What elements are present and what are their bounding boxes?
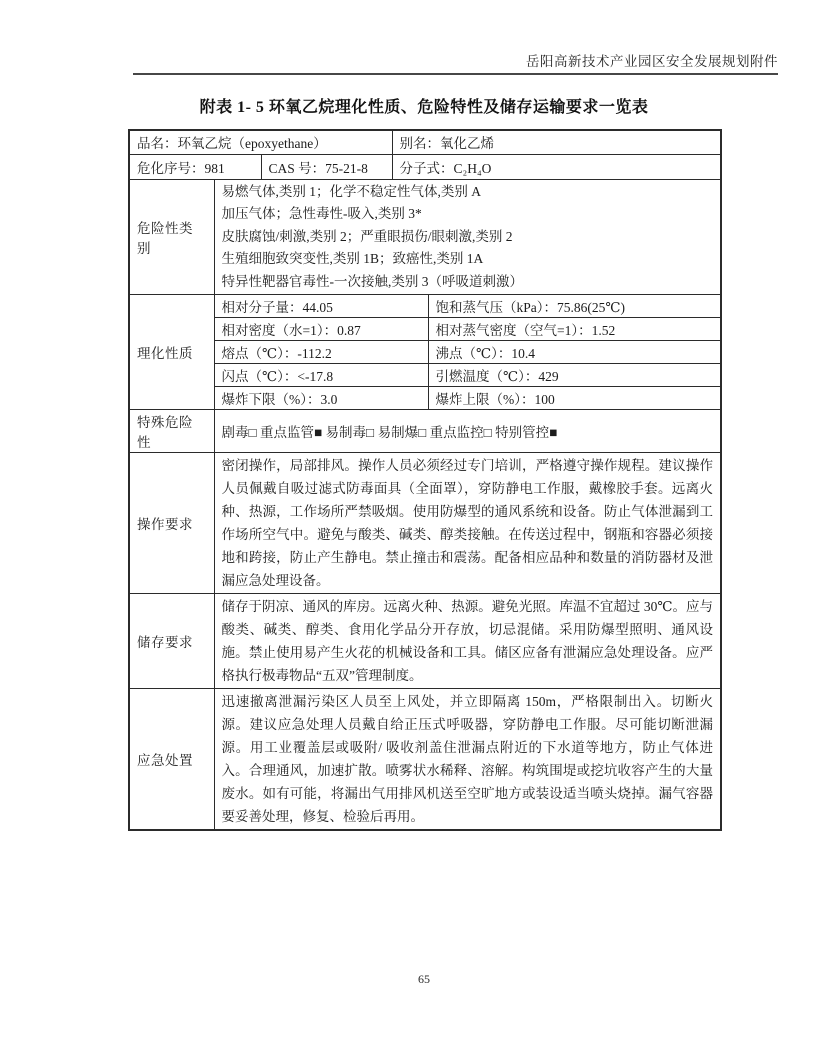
table-row-operation: 操作要求 密闭操作，局部排风。操作人员必须经过专门培训，严格遵守操作规程。建议操… — [129, 453, 721, 594]
explosion-upper-limit-cell: 爆炸上限（%）：100 — [428, 387, 721, 410]
alias-cell: 别名：氧化乙烯 — [392, 130, 721, 154]
molecular-weight-cell: 相对分子量：44.05 — [214, 295, 428, 318]
document-page: { "page": { "header_text": "岳阳高新技术产业园区安全… — [0, 0, 815, 1055]
table-row-special-hazard: 特殊危险性 剧毒□ 重点监管■ 易制毒□ 易制爆□ 重点监控□ 特别管控■ — [129, 410, 721, 453]
table-row-identity-1: 品名：环氧乙烷（epoxyethane） 别名：氧化乙烯 — [129, 130, 721, 154]
table-row-physchem: 闪点（℃）：<-17.8 引燃温度（℃）：429 — [129, 364, 721, 387]
emergency-content: 迅速撤离泄漏污染区人员至上风处，并立即隔离 150m，严格限制出入。切断火源。建… — [214, 689, 721, 831]
vapor-pressure-cell: 饱和蒸气压（kPa）：75.86(25℃) — [428, 295, 721, 318]
explosion-lower-limit-cell: 爆炸下限（%）：3.0 — [214, 387, 428, 410]
physchem-label: 理化性质 — [129, 295, 214, 410]
header-text: 岳阳高新技术产业园区安全发展规划附件 — [526, 54, 778, 69]
page-header: 岳阳高新技术产业园区安全发展规划附件 — [133, 50, 778, 75]
document-title: 附表 1- 5 环氧乙烷理化性质、危险特性及储存运输要求一览表 — [128, 94, 720, 117]
table-row-identity-2: 危化序号：981 CAS 号：75-21-8 分子式：C₂H₄O — [129, 154, 721, 179]
chemical-properties-table: 品名：环氧乙烷（epoxyethane） 别名：氧化乙烯 危化序号：981 CA… — [128, 129, 722, 831]
melting-point-cell: 熔点（℃）：-112.2 — [214, 341, 428, 364]
hazard-class-line: 皮肤腐蚀/刺激,类别 2；严重眼损伤/眼刺激,类别 2 — [222, 226, 714, 249]
table-row-physchem: 理化性质 相对分子量：44.05 饱和蒸气压（kPa）：75.86(25℃) — [129, 295, 721, 318]
table-row-physchem: 熔点（℃）：-112.2 沸点（℃）：10.4 — [129, 341, 721, 364]
table-row-physchem: 相对密度（水=1）：0.87 相对蒸气密度（空气=1）：1.52 — [129, 318, 721, 341]
relative-density-cell: 相对密度（水=1）：0.87 — [214, 318, 428, 341]
table-row-physchem: 爆炸下限（%）：3.0 爆炸上限（%）：100 — [129, 387, 721, 410]
emergency-label: 应急处置 — [129, 689, 214, 831]
product-name-cell: 品名：环氧乙烷（epoxyethane） — [129, 130, 392, 154]
hazard-class-label: 危险性类别 — [129, 179, 214, 295]
hazard-class-line: 生殖细胞致突变性,类别 1B；致癌性,类别 1A — [222, 248, 714, 271]
page-number: 65 — [128, 972, 720, 987]
storage-label: 储存要求 — [129, 594, 214, 689]
formula-cell: 分子式：C₂H₄O — [392, 154, 721, 179]
hazard-class-line: 易燃气体,类别 1；化学不稳定性气体,类别 A — [222, 181, 714, 204]
operation-label: 操作要求 — [129, 453, 214, 594]
hazard-number-cell: 危化序号：981 — [129, 154, 261, 179]
table-row-hazard-class: 危险性类别 易燃气体,类别 1；化学不稳定性气体,类别 A 加压气体；急性毒性-… — [129, 179, 721, 295]
ignition-temp-cell: 引燃温度（℃）：429 — [428, 364, 721, 387]
cas-number-cell: CAS 号：75-21-8 — [261, 154, 392, 179]
hazard-class-line: 加压气体；急性毒性-吸入,类别 3* — [222, 203, 714, 226]
hazard-class-content: 易燃气体,类别 1；化学不稳定性气体,类别 A 加压气体；急性毒性-吸入,类别 … — [214, 179, 721, 295]
table-row-emergency: 应急处置 迅速撤离泄漏污染区人员至上风处，并立即隔离 150m，严格限制出入。切… — [129, 689, 721, 831]
boiling-point-cell: 沸点（℃）：10.4 — [428, 341, 721, 364]
vapor-density-cell: 相对蒸气密度（空气=1）：1.52 — [428, 318, 721, 341]
operation-content: 密闭操作，局部排风。操作人员必须经过专门培训，严格遵守操作规程。建议操作人员佩戴… — [214, 453, 721, 594]
content-area: 附表 1- 5 环氧乙烷理化性质、危险特性及储存运输要求一览表 品名：环氧乙烷（… — [128, 94, 720, 831]
special-hazard-label: 特殊危险性 — [129, 410, 214, 453]
flash-point-cell: 闪点（℃）：<-17.8 — [214, 364, 428, 387]
storage-content: 储存于阴凉、通风的库房。远离火种、热源。避免光照。库温不宜超过 30℃。应与酸类… — [214, 594, 721, 689]
special-hazard-content: 剧毒□ 重点监管■ 易制毒□ 易制爆□ 重点监控□ 特别管控■ — [214, 410, 721, 453]
table-row-storage: 储存要求 储存于阴凉、通风的库房。远离火种、热源。避免光照。库温不宜超过 30℃… — [129, 594, 721, 689]
hazard-class-line: 特异性靶器官毒性-一次接触,类别 3（呼吸道刺激） — [222, 271, 714, 294]
